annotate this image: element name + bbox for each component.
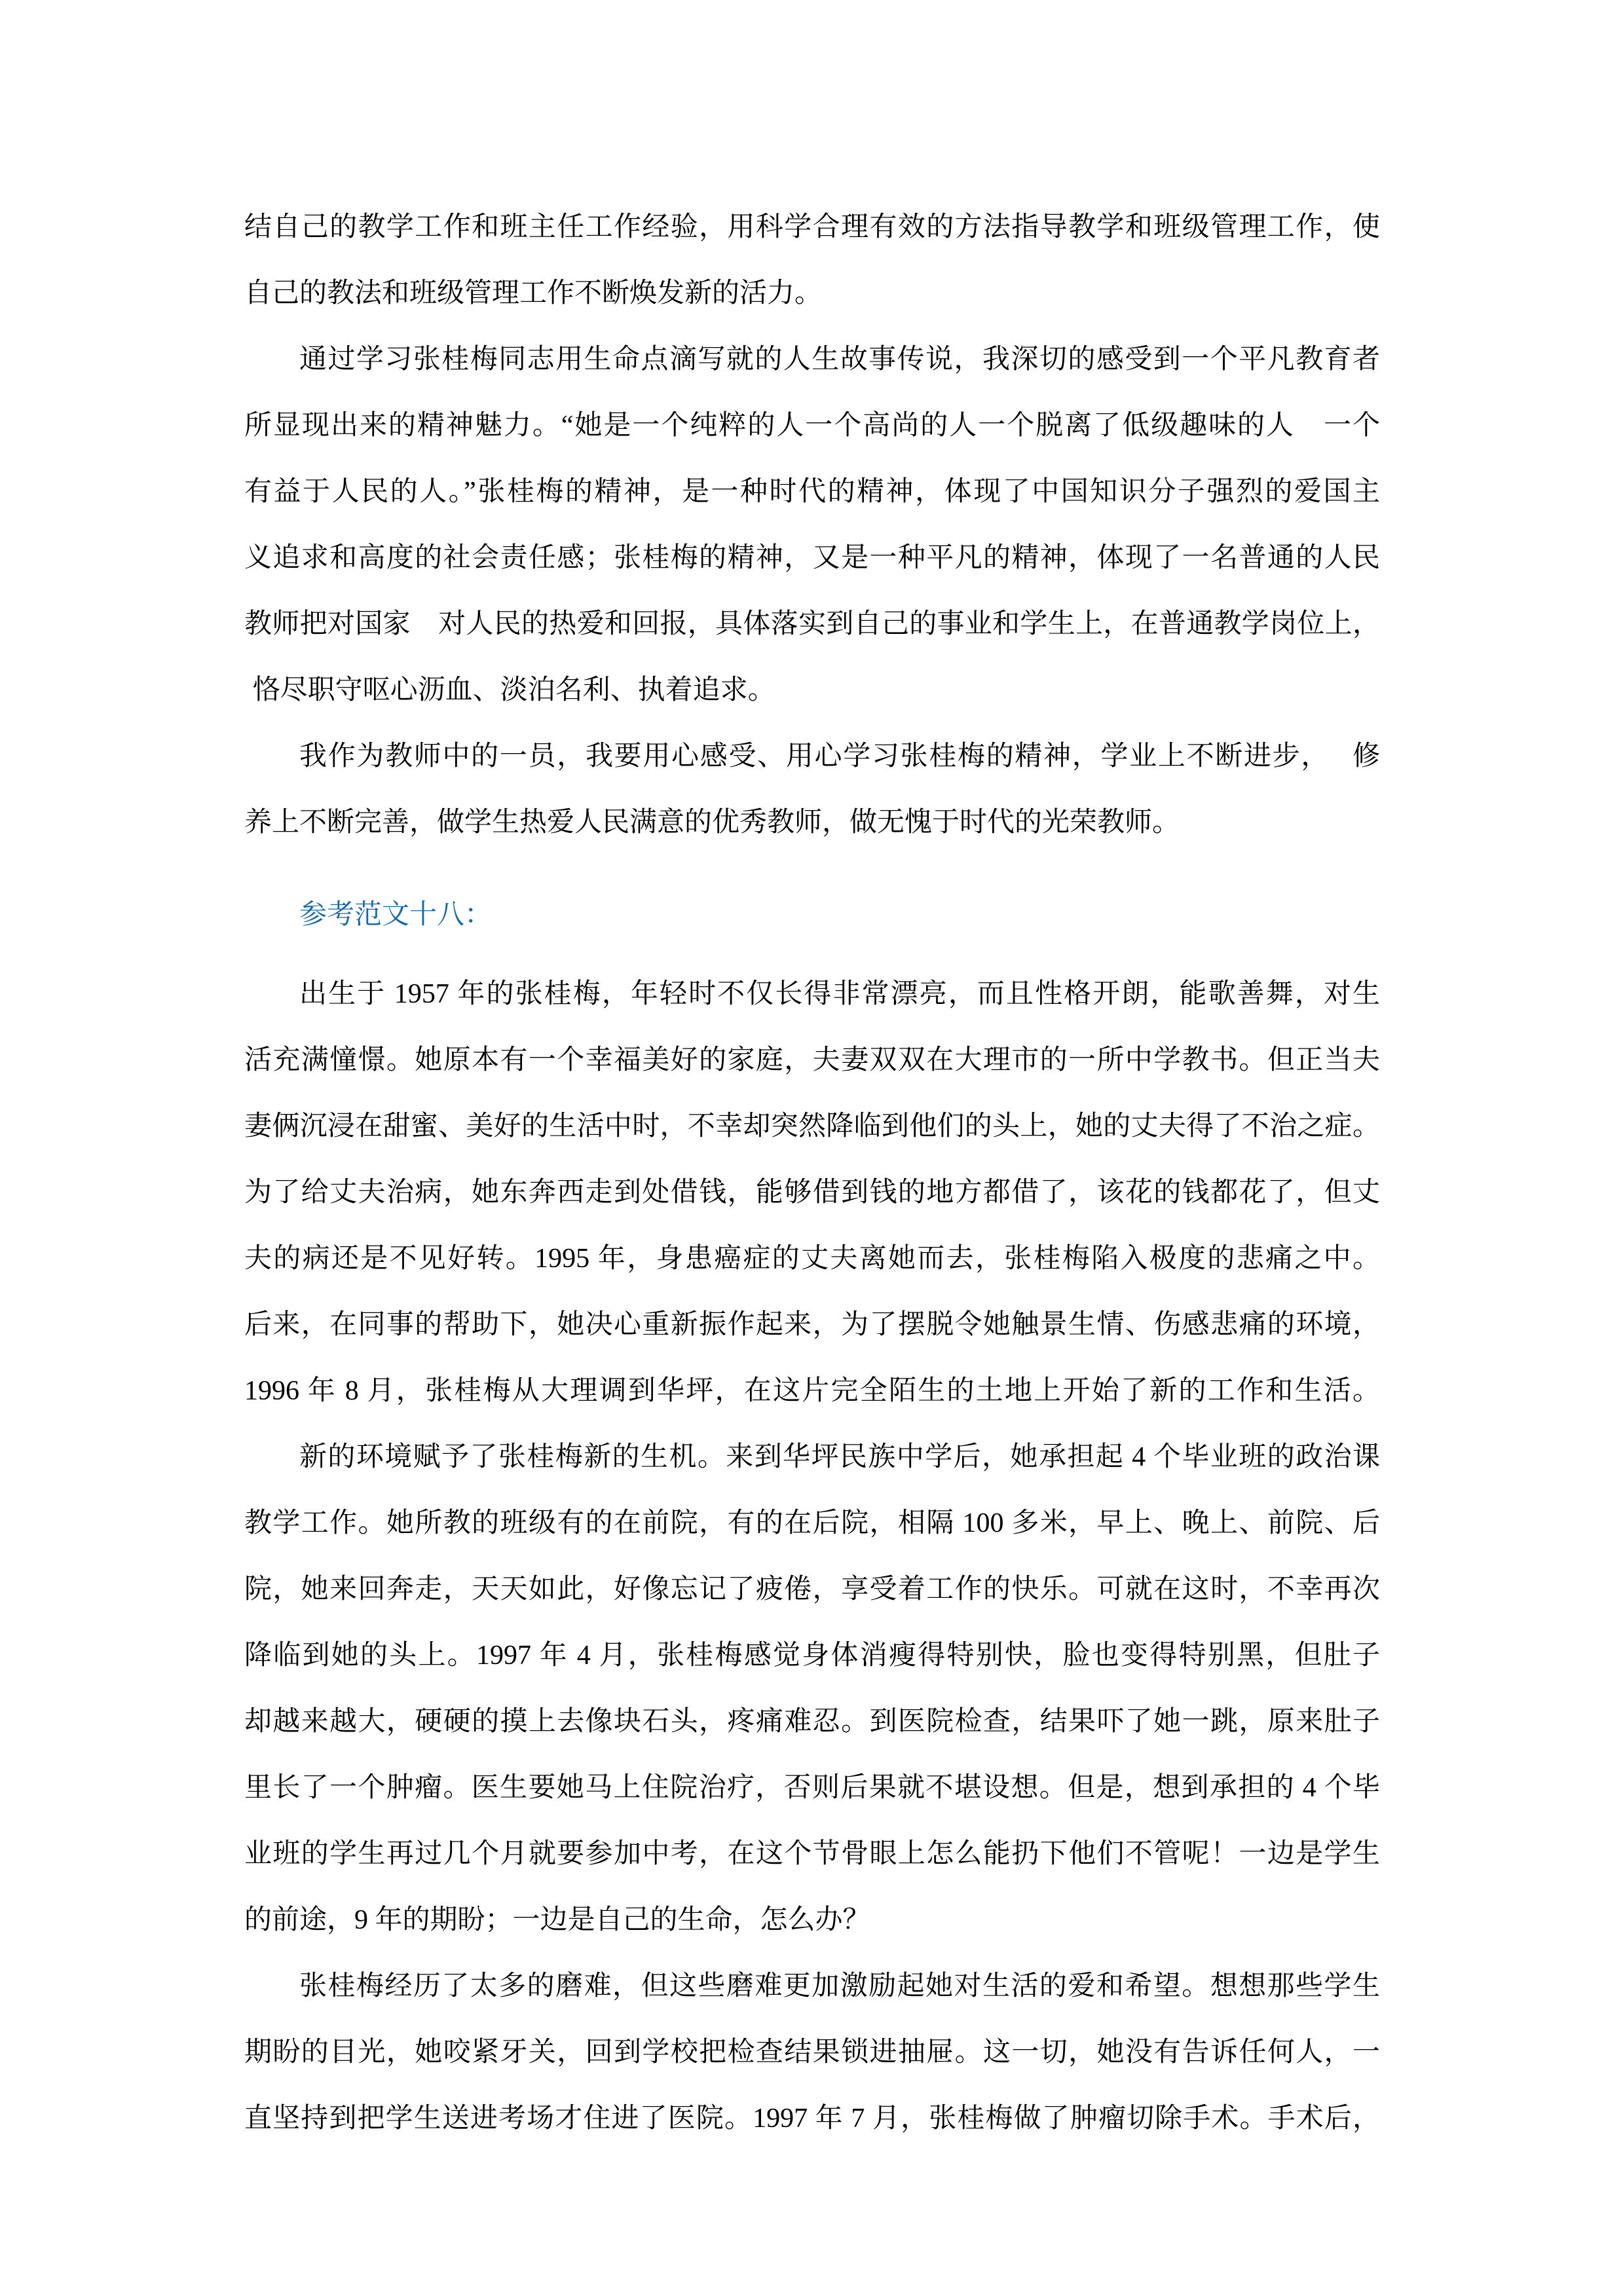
text-line: 的前途，9 年的期盼；一边是自己的生命，怎么办？ [244, 1887, 1380, 1953]
text-line: 恪尽职守呕心沥血、淡泊名利、执着追求。 [244, 657, 1380, 724]
document-content: 结自己的教学工作和班主任工作经验，用科学合理有效的方法指导教学和班级管理工作，使… [244, 194, 1380, 2152]
text-line: 结自己的教学工作和班主任工作经验，用科学合理有效的方法指导教学和班级管理工作，使 [244, 194, 1380, 261]
text-line: 我作为教师中的一员，我要用心感受、用心学习张桂梅的精神，学业上不断进步， 修 [244, 724, 1380, 790]
text-line: 直坚持到把学生送进考场才住进了医院。1997 年 7 月，张桂梅做了肿瘤切除手术… [244, 2086, 1380, 2152]
text-line: 义追求和高度的社会责任感；张桂梅的精神，又是一种平凡的精神，体现了一名普通的人民 [244, 525, 1380, 591]
text-line: 院，她来回奔走，天天如此，好像忘记了疲倦，享受着工作的快乐。可就在这时，不幸再次 [244, 1557, 1380, 1623]
document-page: 结自己的教学工作和班主任工作经验，用科学合理有效的方法指导教学和班级管理工作，使… [0, 0, 1623, 2296]
text-line: 所显现出来的精神魅力。“她是一个纯粹的人一个高尚的人一个脱离了低级趣味的人 一个 [244, 393, 1380, 459]
text-line: 新的环境赋予了张桂梅新的生机。来到华坪民族中学后，她承担起 4 个毕业班的政治课 [244, 1424, 1380, 1491]
text-line: 1996 年 8 月，张桂梅从大理调到华坪，在这片完全陌生的土地上开始了新的工作… [244, 1358, 1380, 1424]
text-line: 教师把对国家 对人民的热爱和回报，具体落实到自己的事业和学生上，在普通教学岗位上… [244, 591, 1380, 657]
text-line: 夫的病还是不见好转。1995 年，身患癌症的丈夫离她而去，张桂梅陷入极度的悲痛之… [244, 1226, 1380, 1292]
text-line: 张桂梅经历了太多的磨难，但这些磨难更加激励起她对生活的爱和希望。想想那些学生 [244, 1953, 1380, 2020]
text-line: 自己的教法和班级管理工作不断焕发新的活力。 [244, 261, 1380, 327]
text-line: 却越来越大，硬硬的摸上去像块石头，疼痛难忍。到医院检查，结果吓了她一跳，原来肚子 [244, 1689, 1380, 1755]
text-line: 后来，在同事的帮助下，她决心重新振作起来，为了摆脱令她触景生情、伤感悲痛的环境， [244, 1292, 1380, 1358]
text-line: 里长了一个肿瘤。医生要她马上住院治疗，否则后果就不堪设想。但是，想到承担的 4 … [244, 1755, 1380, 1821]
text-line: 有益于人民的人。”张桂梅的精神，是一种时代的精神，体现了中国知识分子强烈的爱国主 [244, 459, 1380, 525]
text-line: 活充满憧憬。她原本有一个幸福美好的家庭，夫妻双双在大理市的一所中学教书。但正当夫 [244, 1028, 1380, 1094]
text-line: 为了给丈夫治病，她东奔西走到处借钱，能够借到钱的地方都借了，该花的钱都花了，但丈 [244, 1160, 1380, 1226]
text-line: 期盼的目光，她咬紧牙关，回到学校把检查结果锁进抽屉。这一切，她没有告诉任何人，一 [244, 2020, 1380, 2086]
text-line: 降临到她的头上。1997 年 4 月，张桂梅感觉身体消瘦得特别快，脸也变得特别黑… [244, 1623, 1380, 1689]
section-heading: 参考范文十八： [244, 882, 1380, 948]
text-line: 出生于 1957 年的张桂梅，年轻时不仅长得非常漂亮，而且性格开朗，能歌善舞，对… [244, 961, 1380, 1028]
text-line: 妻俩沉浸在甜蜜、美好的生活中时，不幸却突然降临到他们的头上，她的丈夫得了不治之症… [244, 1094, 1380, 1160]
text-line: 通过学习张桂梅同志用生命点滴写就的人生故事传说，我深切的感受到一个平凡教育者 [244, 327, 1380, 393]
text-line: 教学工作。她所教的班级有的在前院，有的在后院，相隔 100 多米，早上、晚上、前… [244, 1491, 1380, 1557]
text-line: 养上不断完善，做学生热爱人民满意的优秀教师，做无愧于时代的光荣教师。 [244, 790, 1380, 856]
text-line: 业班的学生再过几个月就要参加中考，在这个节骨眼上怎么能扔下他们不管呢！一边是学生 [244, 1821, 1380, 1887]
